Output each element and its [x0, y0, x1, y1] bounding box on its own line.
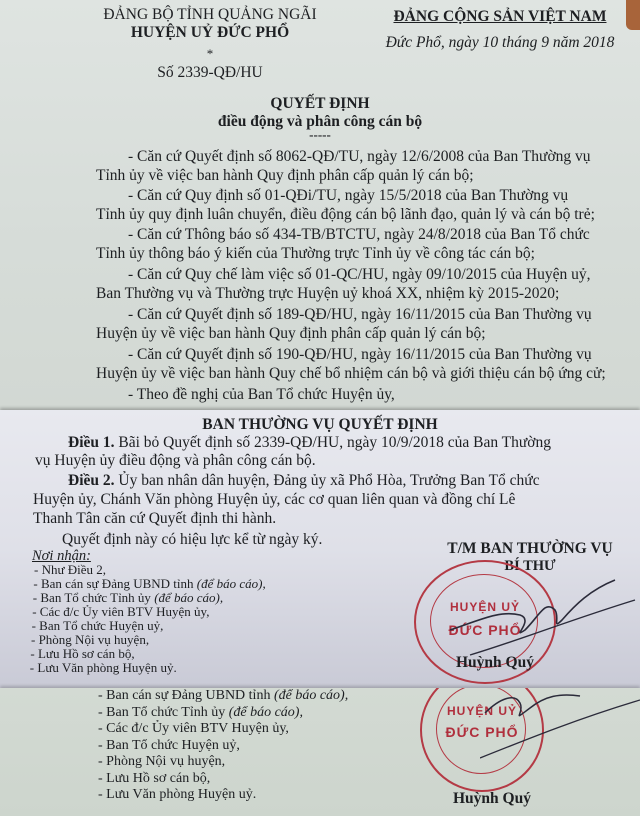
recipient-item: - Ban Tổ chức Tỉnh ủy (để báo cáo),	[98, 705, 303, 721]
place-and-date: Đức Phổ, ngày 10 tháng 9 năm 2018	[370, 34, 630, 52]
legal-ground-line-2: Huyện ủy về việc ban hành Quy chế bổ nhi…	[96, 365, 606, 383]
recipient-item: - Lưu Văn phòng Huyện uỷ.	[30, 660, 177, 676]
document-fragment-bottom: - Ban cán sự Đảng UBND tỉnh (để báo cáo)…	[0, 688, 640, 816]
article-2-line-1: Điều 2. Ủy ban nhân dân huyện, Đảng ủy x…	[68, 472, 540, 490]
legal-ground-line-1: - Căn cứ Quyết định số 189-QĐ/HU, ngày 1…	[128, 306, 592, 324]
signatory-on-behalf: T/M BAN THƯỜNG VỤ	[430, 540, 630, 558]
article-1-line-2: vụ Huyện ủy điều động và phân công cán b…	[35, 452, 316, 470]
legal-ground-line-1: - Căn cứ Quy chế làm việc số 01-QC/HU, n…	[128, 266, 591, 284]
signatory-name: Huỳnh Quý	[420, 654, 570, 672]
decision-separator: -----	[190, 127, 450, 143]
legal-ground-line-1: - Căn cứ Thông báo số 434-TB/BTCTU, ngày…	[128, 226, 590, 244]
legal-ground-line-1: - Căn cứ Quyết định số 8062-QĐ/TU, ngày …	[128, 148, 591, 166]
document-fragment-top: ĐẢNG BỘ TỈNH QUẢNG NGÃI HUYỆN UỶ ĐỨC PHỔ…	[0, 0, 640, 410]
recipient-item: - Các đ/c Ủy viên BTV Huyện ủy,	[98, 721, 289, 737]
star-mark: *	[80, 46, 340, 62]
party-committee-province: ĐẢNG BỘ TỈNH QUẢNG NGÃI	[80, 6, 340, 24]
recipient-item: - Ban cán sự Đảng UBND tỉnh (để báo cáo)…	[98, 688, 348, 704]
recipient-note: (để báo cáo),	[229, 705, 303, 720]
recipient-note: (để báo cáo),	[274, 688, 348, 703]
document-number: Số 2339-QĐ/HU	[80, 64, 340, 82]
recipient-item: - Phòng Nội vụ huyện,	[98, 754, 225, 770]
recipient-note: (để báo cáo),	[197, 576, 266, 591]
district-committee: HUYỆN UỶ ĐỨC PHỔ	[80, 24, 340, 42]
signatory-name-bottom: Huỳnh Quý	[432, 790, 552, 808]
legal-ground-line-2: Tỉnh ủy quy định luân chuyển, điều động …	[96, 206, 595, 224]
document-fragment-ruling: BAN THƯỜNG VỤ QUYẾT ĐỊNH Điều 1. Bãi bỏ …	[0, 410, 640, 688]
legal-ground-line-1: - Căn cứ Quyết định số 190-QĐ/HU, ngày 1…	[128, 346, 592, 364]
recipient-note: (để báo cáo),	[154, 590, 223, 605]
recipient-item: - Lưu Văn phòng Huyện uỷ.	[98, 787, 256, 803]
effective-statement: Quyết định này có hiệu lực kể từ ngày ký…	[62, 531, 322, 549]
legal-ground-line-2: Huyện ủy về việc ban hành Quy định phân …	[96, 325, 486, 343]
article-2-line-3: Thanh Tân căn cứ Quyết định thi hành.	[33, 510, 276, 528]
recipient-item: - Lưu Hồ sơ cán bộ,	[98, 771, 210, 787]
article-1-line-1: Điều 1. Bãi bỏ Quyết định số 2339-QĐ/HU,…	[68, 434, 551, 452]
legal-ground-line-1: - Căn cứ Quy định số 01-QĐi/TU, ngày 15/…	[128, 187, 568, 205]
legal-ground-line-2: Tỉnh ủy thông báo ý kiến của Thường trực…	[96, 245, 535, 263]
article-2-line-2: Huyện ủy, Chánh Văn phòng Huyện ủy, các …	[33, 491, 515, 509]
article-1-label: Điều 1.	[68, 434, 115, 451]
article-2-label: Điều 2.	[68, 472, 115, 489]
recipient-item: - Ban Tổ chức Huyện uỷ,	[98, 738, 240, 754]
legal-ground-line-2: Ban Thường vụ và Thường trực Huyện uỷ kh…	[96, 285, 559, 303]
handwritten-signature-bottom	[480, 688, 640, 768]
decision-title: QUYẾT ĐỊNH	[190, 95, 450, 113]
party-name-heading: ĐẢNG CỘNG SẢN VIỆT NAM	[370, 8, 630, 26]
legal-ground-line-1: - Theo đề nghị của Ban Tổ chức Huyện ủy,	[128, 386, 395, 404]
ruling-heading: BAN THƯỜNG VỤ QUYẾT ĐỊNH	[0, 416, 640, 434]
legal-ground-line-2: Tỉnh ủy về việc ban hành Quy định phân c…	[96, 167, 474, 185]
